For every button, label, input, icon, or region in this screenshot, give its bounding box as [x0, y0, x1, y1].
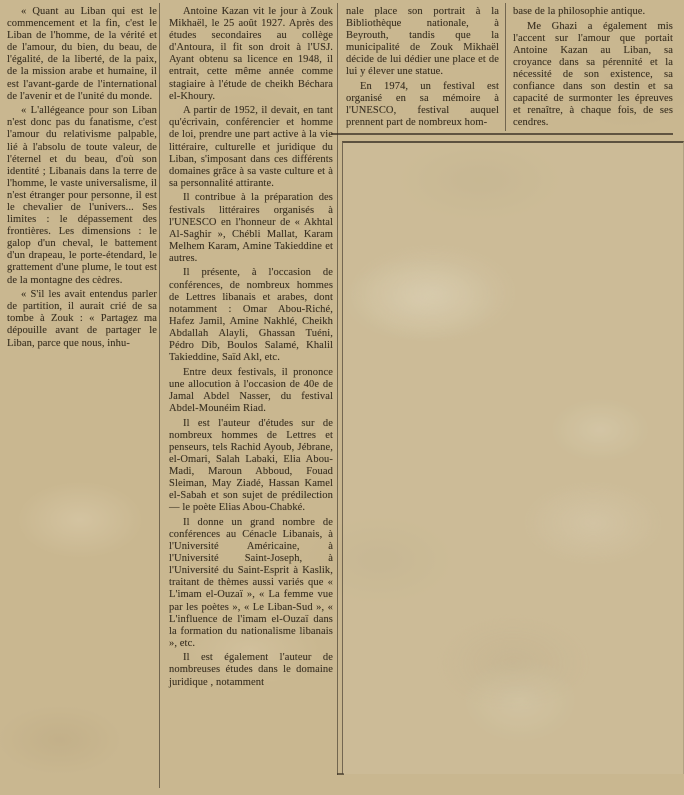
paragraph: « L'allégeance pour son Liban n'est donc… — [7, 105, 157, 286]
column-divider-2 — [337, 3, 338, 775]
paragraph: Antoine Kazan vit le jour à Zouk Mikhaël… — [169, 6, 333, 103]
paragraph: A partir de 1952, il devait, en tant qu'… — [169, 105, 333, 190]
paragraph: base de la philosophie antique. — [513, 6, 673, 18]
paragraph: Il est l'auteur d'études sur de nombreux… — [169, 418, 333, 515]
column-2: Antoine Kazan vit le jour à Zouk Mikhaël… — [169, 6, 333, 689]
paragraph: En 1974, un festival est organisé en sa … — [346, 81, 499, 129]
column-1: « Quant au Liban qui est le commencement… — [7, 6, 157, 350]
paragraph: Il donne un grand nombre de conférences … — [169, 517, 333, 650]
paragraph: Entre deux festivals, il prononce une al… — [169, 367, 333, 415]
column-divider-1 — [159, 3, 160, 788]
empty-photo-box — [342, 141, 684, 774]
paragraph: Il présente, à l'occasion de conférences… — [169, 267, 333, 364]
paragraph: nale place son portrait à la Bibliothèqu… — [346, 6, 499, 79]
paragraph: Il contribue à la préparation des festiv… — [169, 192, 333, 265]
paragraph: Il est également l'auteur de nombreuses … — [169, 652, 333, 688]
newspaper-clipping-page: « Quant au Liban qui est le commencement… — [0, 0, 684, 795]
column-4: base de la philosophie antique. Me Ghazi… — [513, 6, 673, 129]
paragraph: « S'il les avait entendus parler de part… — [7, 289, 157, 349]
paragraph: « Quant au Liban qui est le commencement… — [7, 6, 157, 103]
column-divider-3 — [505, 3, 506, 131]
paragraph: Me Ghazi a également mis l'accent sur l'… — [513, 21, 673, 130]
column-3: nale place son portrait à la Bibliothèqu… — [346, 6, 499, 129]
section-rule — [331, 133, 673, 135]
